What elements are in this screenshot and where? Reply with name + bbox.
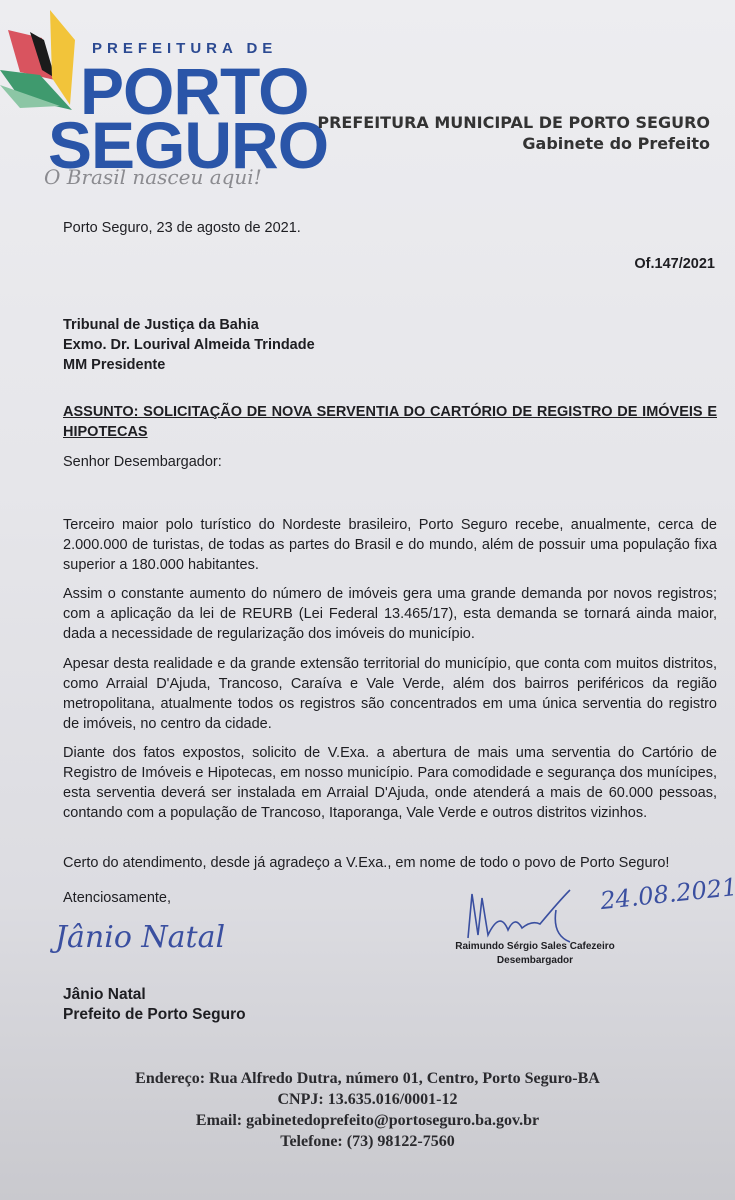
signer-block: Jânio Natal Prefeito de Porto Seguro [63,985,717,1025]
subject: ASSUNTO: SOLICITAÇÃO DE NOVA SERVENTIA D… [63,402,717,442]
reference-number: Of.147/2021 [63,254,715,274]
paragraph: Apesar desta realidade e da grande exten… [63,654,717,734]
footer-address: Endereço: Rua Alfredo Dutra, número 01, … [0,1068,735,1089]
salutation: Senhor Desembargador: [63,452,717,472]
signer-name: Jânio Natal [63,985,717,1005]
letterhead-title: PREFEITURA MUNICIPAL DE PORTO SEGURO [317,113,710,132]
paragraph: Assim o constante aumento do número de i… [63,584,717,644]
endorsement-block: Raimundo Sérgio Sales Cafezeiro Desembar… [425,940,645,968]
municipality-logo: PREFEITURA DE PORTO SEGURO O Brasil nasc… [0,10,290,195]
recipient-line: Tribunal de Justiça da Bahia [63,315,717,335]
endorser-title: Desembargador [425,954,645,968]
logo-slogan: O Brasil nasceu aqui! [44,165,262,189]
recipient-block: Tribunal de Justiça da Bahia Exmo. Dr. L… [63,315,717,375]
letterhead-subtitle: Gabinete do Prefeito [317,134,710,153]
footer-cnpj: CNPJ: 13.635.016/0001-12 [0,1089,735,1110]
footer-email: Email: gabinetedoprefeito@portoseguro.ba… [0,1110,735,1131]
paragraph: Certo do atendimento, desde já agradeço … [63,853,735,873]
endorser-name: Raimundo Sérgio Sales Cafezeiro [425,940,645,954]
recipient-line: MM Presidente [63,355,717,375]
place-date: Porto Seguro, 23 de agosto de 2021. [63,218,717,238]
mayor-signature: Jânio Natal [55,920,225,955]
footer-contact: Endereço: Rua Alfredo Dutra, número 01, … [0,1068,735,1152]
paragraph: Diante dos fatos expostos, solicito de V… [63,743,717,823]
signer-title: Prefeito de Porto Seguro [63,1005,717,1025]
paragraph: Terceiro maior polo turístico do Nordest… [63,515,717,575]
letterhead: PREFEITURA MUNICIPAL DE PORTO SEGURO Gab… [317,113,710,153]
handwritten-date: 24.08.2021 [599,873,735,915]
recipient-line: Exmo. Dr. Lourival Almeida Trindade [63,335,717,355]
footer-phone: Telefone: (73) 98122-7560 [0,1131,735,1152]
